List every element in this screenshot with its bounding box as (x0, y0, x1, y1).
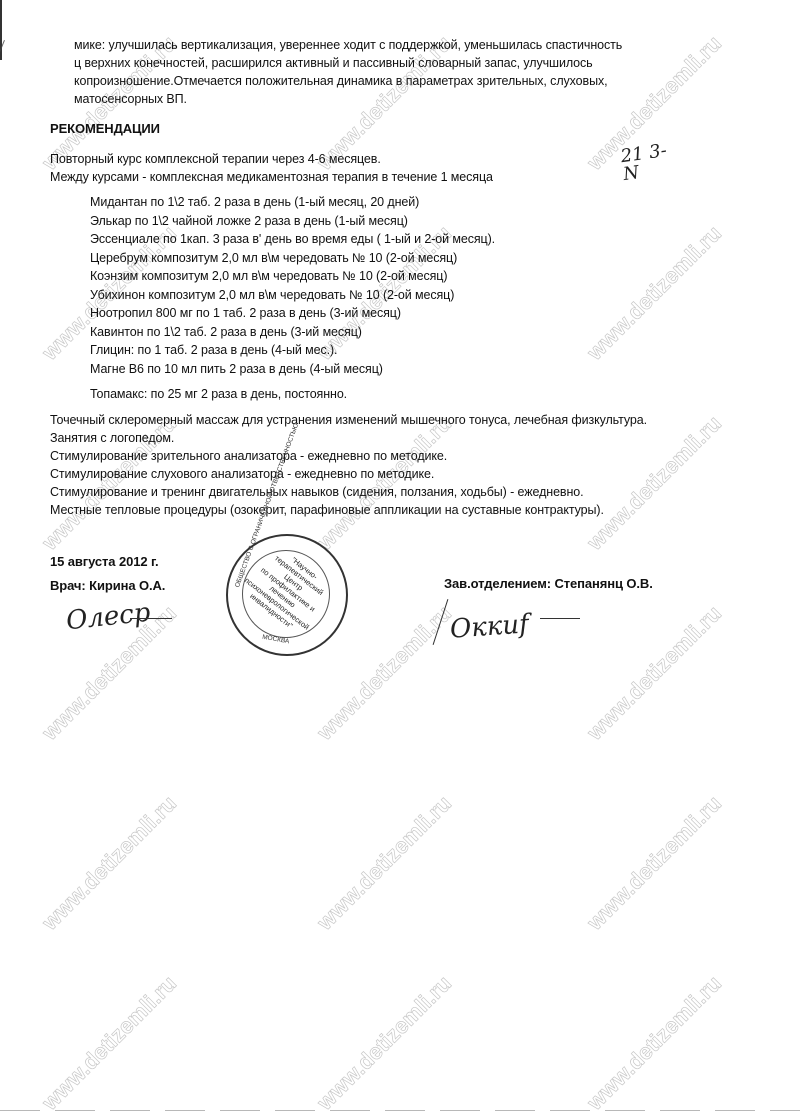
watermark-text: www.detizemli.ru (582, 971, 727, 1116)
document-page: www.detizemli.ruwww.detizemli.ruwww.deti… (0, 0, 800, 1120)
medication-list: Мидантан по 1\2 таб. 2 раза в день (1-ый… (90, 193, 495, 378)
watermark-text: www.detizemli.ru (37, 971, 182, 1116)
doctor-signature: Олеср (65, 598, 152, 637)
signature-stroke (433, 599, 449, 645)
medication-item: Мидантан по 1\2 таб. 2 раза в день (1-ый… (90, 193, 495, 212)
medication-item: Магне В6 по 10 мл пить 2 раза в день (4-… (90, 360, 495, 379)
department-head-name: Зав.отделением: Степанянц О.В. (444, 575, 653, 593)
watermark-text: www.detizemli.ru (582, 791, 727, 936)
doctor-name: Врач: Кирина О.А. (50, 577, 165, 595)
intro-line: ц верхних конечностей, расширился активн… (74, 54, 622, 72)
therapy-item: Стимулирование зрительного анализатора -… (50, 447, 647, 465)
watermark-text: www.detizemli.ru (312, 791, 457, 936)
signature-stroke (540, 618, 580, 619)
medication-item: Элькар по 1\2 чайной ложке 2 раза в день… (90, 212, 495, 231)
watermark-text: www.detizemli.ru (582, 601, 727, 746)
course-line: Между курсами - комплексная медикаментоз… (50, 168, 493, 186)
course-line: Повторный курс комплексной терапии через… (50, 150, 493, 168)
watermark-text: www.detizemli.ru (582, 221, 727, 366)
official-stamp: ОБЩЕСТВО С ОГРАНИЧЕННОЙ ОТВЕТСТВЕННОСТЬЮ… (226, 534, 348, 656)
document-date: 15 августа 2012 г. (50, 553, 159, 571)
topamax-line: Топамакс: по 25 мг 2 раза в день, постоя… (90, 385, 347, 403)
signature-stroke (130, 618, 172, 619)
head-signature: Оккиf (449, 609, 530, 644)
medication-item: Кавинтон по 1\2 таб. 2 раза в день (3-ий… (90, 323, 495, 342)
watermark-text: www.detizemli.ru (312, 971, 457, 1116)
medication-item: Церебрум композитум 2,0 мл в\м чередоват… (90, 249, 495, 268)
medication-item: Ноотропил 800 мг по 1 таб. 2 раза в день… (90, 304, 495, 323)
intro-line: матосенсорных ВП. (74, 90, 622, 108)
course-paragraph: Повторный курс комплексной терапии через… (50, 150, 493, 186)
therapy-item: Местные тепловые процедуры (озокерит, па… (50, 501, 647, 519)
handwritten-note: 21 3- N (620, 142, 671, 184)
therapy-list: Точечный склеромерный массаж для устране… (50, 411, 647, 519)
section-heading: РЕКОМЕНДАЦИИ (50, 120, 160, 138)
therapy-item: Точечный склеромерный массаж для устране… (50, 411, 647, 429)
therapy-item: Стимулирование слухового анализатора - е… (50, 465, 647, 483)
medication-item: Глицин: по 1 таб. 2 раза в день (4-ый ме… (90, 341, 495, 360)
intro-paragraph: мике: улучшилась вертикализация, уверенн… (74, 36, 622, 108)
therapy-item: Занятия с логопедом. (50, 429, 647, 447)
intro-line: копроизношение.Отмечается положительная … (74, 72, 622, 90)
medication-item: Убихинон композитум 2,0 мл в\м чередоват… (90, 286, 495, 305)
medication-item: Эссенциале по 1кап. 3 раза в' день во вр… (90, 230, 495, 249)
intro-line: мике: улучшилась вертикализация, уверенн… (74, 36, 622, 54)
medication-item: Коэнзим композитум 2,0 мл в\м чередовать… (90, 267, 495, 286)
watermark-text: www.detizemli.ru (37, 791, 182, 936)
scan-bottom-edge (0, 1110, 800, 1111)
therapy-item: Стимулирование и тренинг двигательных на… (50, 483, 647, 501)
